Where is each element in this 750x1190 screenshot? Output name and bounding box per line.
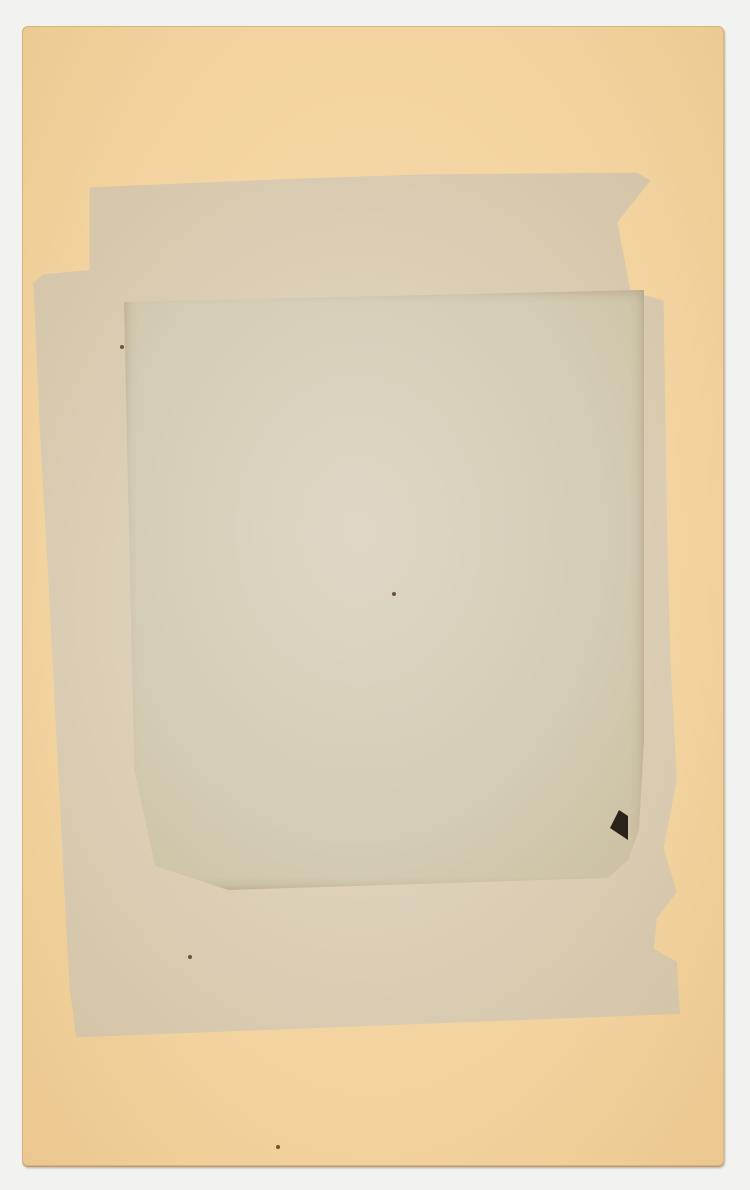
stain-spot	[276, 1145, 280, 1149]
inner-paper-patch	[124, 290, 644, 890]
stain-spot	[188, 955, 192, 959]
stain-spot	[120, 345, 124, 349]
stain-spot	[392, 592, 396, 596]
